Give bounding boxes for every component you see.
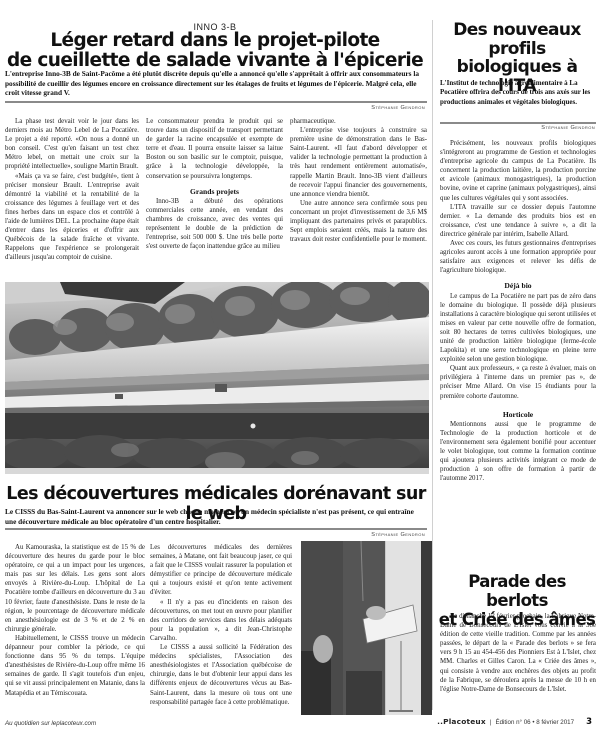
article-body: Précisément, les nouveaux profils biolog…: [440, 139, 596, 483]
salad-shelves-photo: [5, 282, 429, 474]
article-lede: L'entreprise Inno-3B de Saint-Pacôme a é…: [5, 69, 427, 98]
byline: Stéphanie Gendron: [5, 532, 425, 538]
divider: [5, 101, 427, 103]
page-number: 3: [586, 717, 592, 727]
column-separator: [432, 20, 433, 710]
byline: Stéphanie Gendron: [5, 105, 425, 111]
article-column-2: Le consommateur prendra le produit qui s…: [146, 117, 283, 251]
article-column-1: La phase test devait voir le jour dans l…: [5, 117, 139, 263]
article-column-2: Les découvertures médicales des dernière…: [150, 543, 292, 707]
byline: Stéphanie Gendron: [440, 125, 595, 131]
article-lede: Le CISSS du Bas-Saint-Laurent va annonce…: [5, 507, 427, 526]
medical-staff-photo: [301, 541, 432, 715]
article-column-1: Au Kamouraska, la statistique est de 15 …: [5, 543, 145, 698]
divider: [440, 122, 596, 124]
subhead: Grands projets: [146, 187, 283, 196]
subhead: Déjà bio: [440, 281, 596, 290]
footer-separator: |: [490, 719, 492, 726]
subhead: Horticole: [440, 410, 596, 419]
article-column-3: pharmaceutique. L'entreprise vise toujou…: [290, 117, 427, 244]
footer-edition: Édition n° 06 • 8 février 2017: [495, 719, 574, 726]
article-lede: L'Institut de technologie agroalimentair…: [440, 79, 596, 107]
article-body: Le dimanche 12 février prochain, la Fabr…: [440, 612, 596, 694]
newspaper-logo: ..Placoteux: [437, 717, 486, 726]
divider: [5, 528, 427, 530]
article-headline: Léger retard dans le projet-pilote de cu…: [0, 31, 430, 71]
footer-website: Au quotidien sur leplacoteux.com: [5, 720, 96, 727]
footer-masthead: ..Placoteux | Édition n° 06 • 8 février …: [437, 717, 592, 727]
